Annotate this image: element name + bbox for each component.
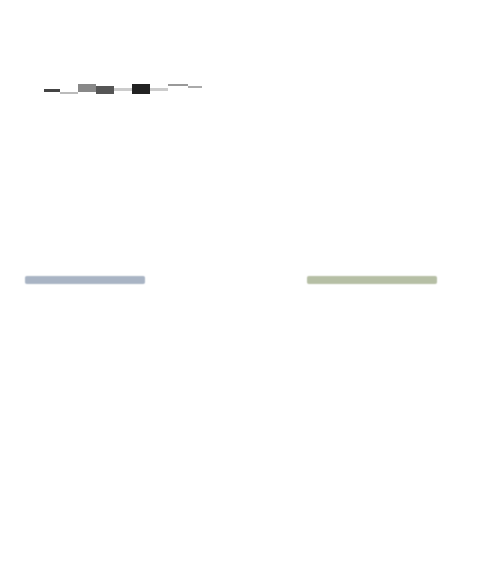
document-page	[0, 0, 500, 573]
